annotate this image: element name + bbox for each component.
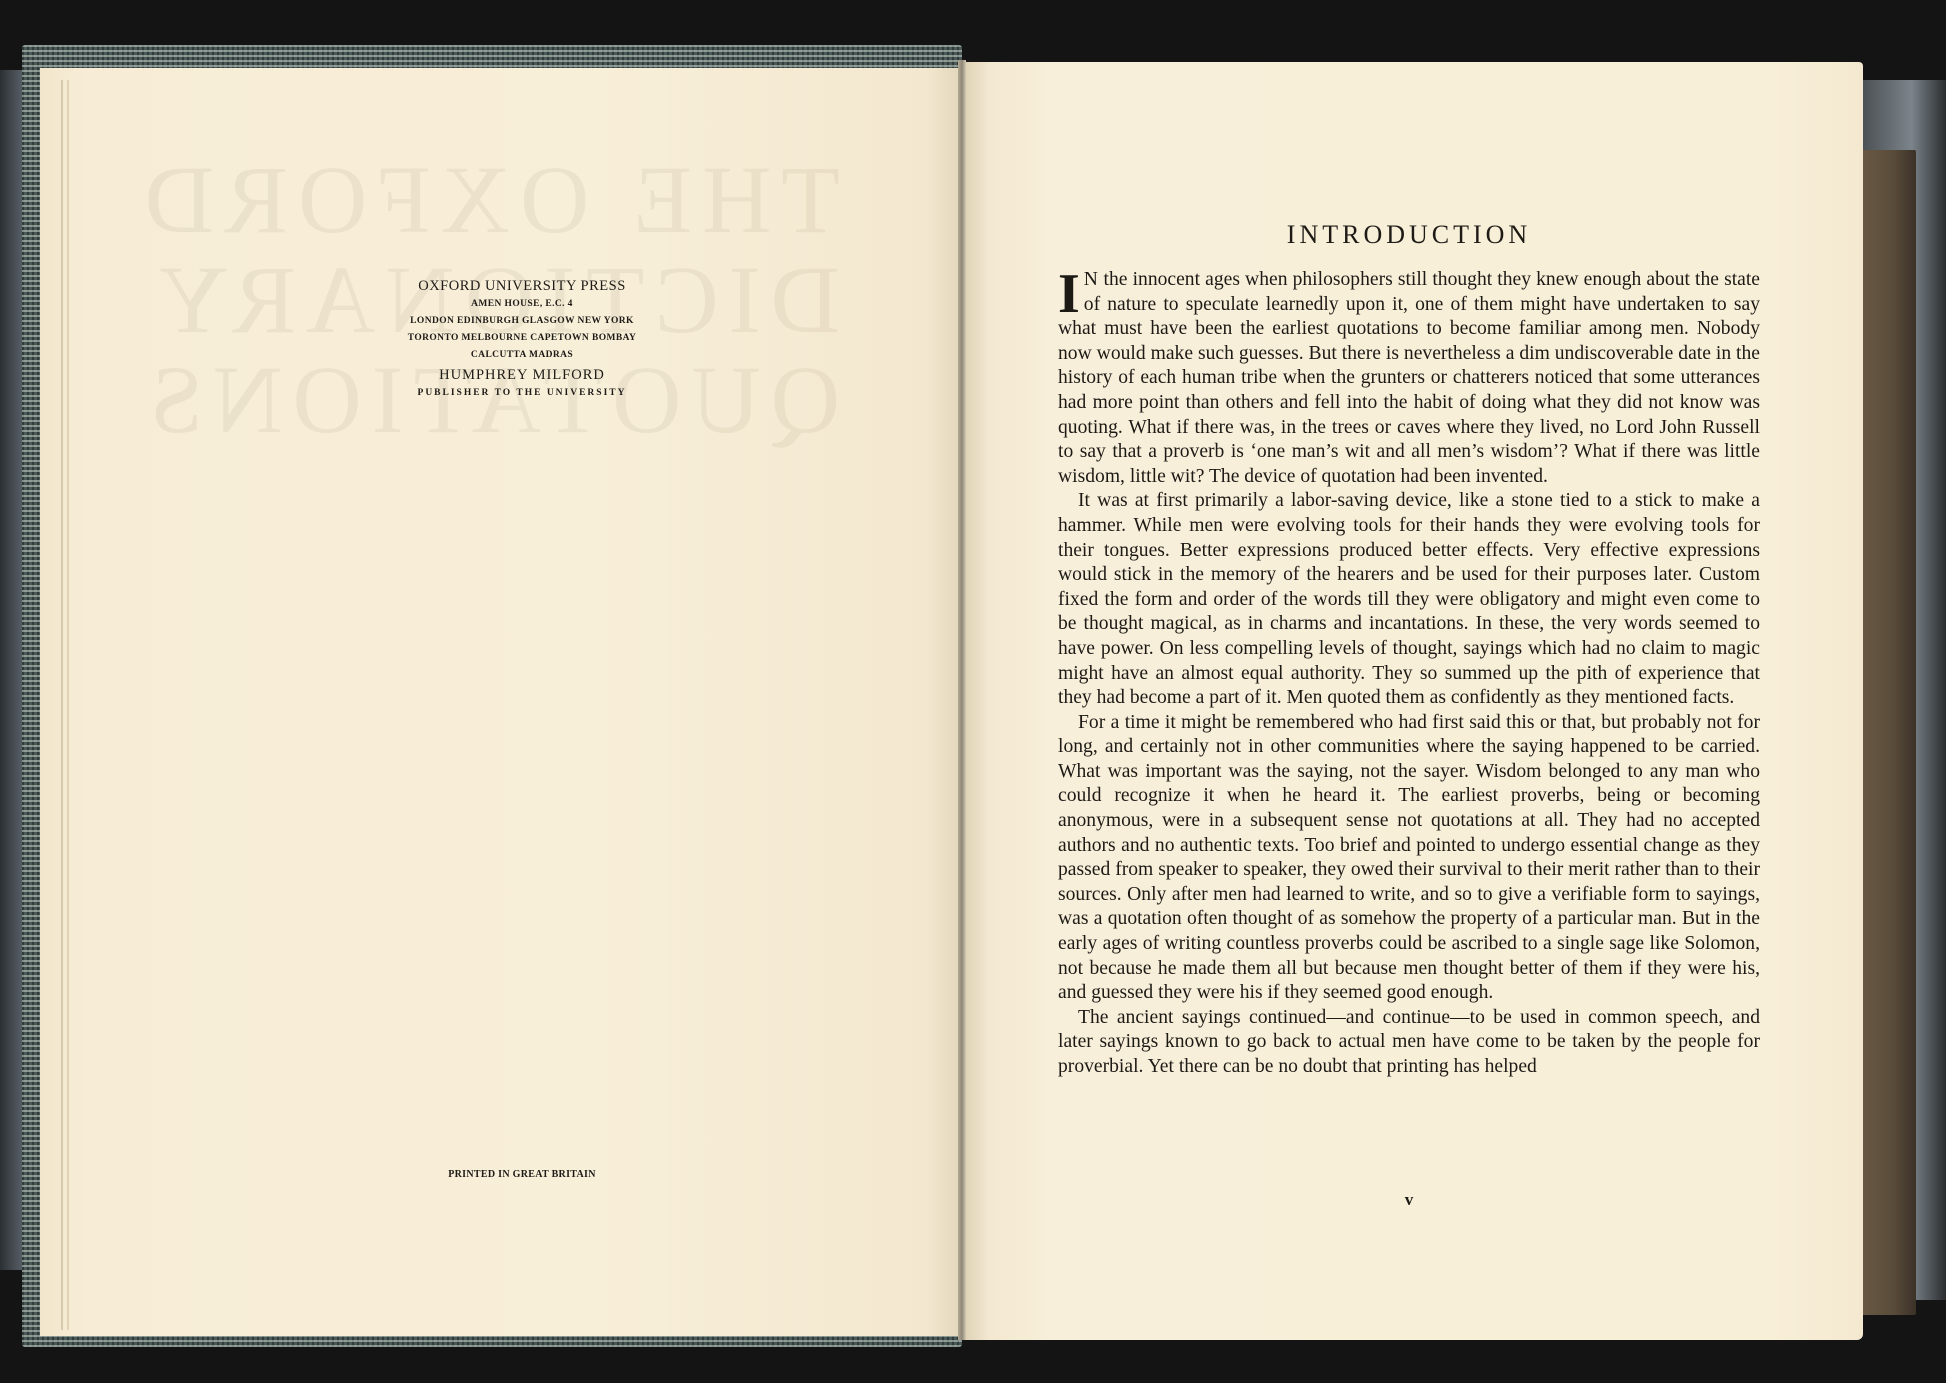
background-left bbox=[0, 70, 24, 1270]
book-edge bbox=[1858, 150, 1916, 1315]
press-cities: TORONTO MELBOURNE CAPETOWN BOMBAY bbox=[372, 330, 672, 347]
paragraph: IN the innocent ages when philosophers s… bbox=[1058, 268, 1760, 489]
paragraph: The ancient sayings continued—and contin… bbox=[1058, 1006, 1760, 1080]
press-name: OXFORD UNIVERSITY PRESS bbox=[372, 276, 672, 296]
press-cities: CALCUTTA MADRAS bbox=[372, 347, 672, 364]
publisher-name: HUMPHREY MILFORD bbox=[372, 365, 672, 385]
ghost-line: THE OXFORD bbox=[210, 150, 840, 250]
printed-note: PRINTED IN GREAT BRITAIN bbox=[372, 1169, 672, 1180]
book-gutter bbox=[958, 60, 966, 1340]
paragraph-text: the innocent ages when philosophers stil… bbox=[1058, 269, 1760, 487]
drop-cap: I bbox=[1058, 272, 1080, 316]
publisher-role: PUBLISHER TO THE UNIVERSITY bbox=[372, 385, 672, 401]
paragraph: For a time it might be remembered who ha… bbox=[1058, 711, 1760, 1006]
page-number: v bbox=[1058, 1190, 1760, 1210]
page-edge-line bbox=[67, 80, 69, 1330]
first-word: N bbox=[1084, 269, 1099, 290]
publisher-imprint: OXFORD UNIVERSITY PRESS AMEN HOUSE, E.C.… bbox=[372, 276, 672, 401]
body-text: IN the innocent ages when philosophers s… bbox=[1058, 268, 1760, 1080]
press-cities: LONDON EDINBURGH GLASGOW NEW YORK bbox=[372, 313, 672, 330]
paragraph: It was at first primarily a labor-saving… bbox=[1058, 489, 1760, 710]
page-title: INTRODUCTION bbox=[1058, 220, 1760, 250]
page-edge-line bbox=[61, 80, 63, 1330]
press-address: AMEN HOUSE, E.C. 4 bbox=[372, 296, 672, 313]
